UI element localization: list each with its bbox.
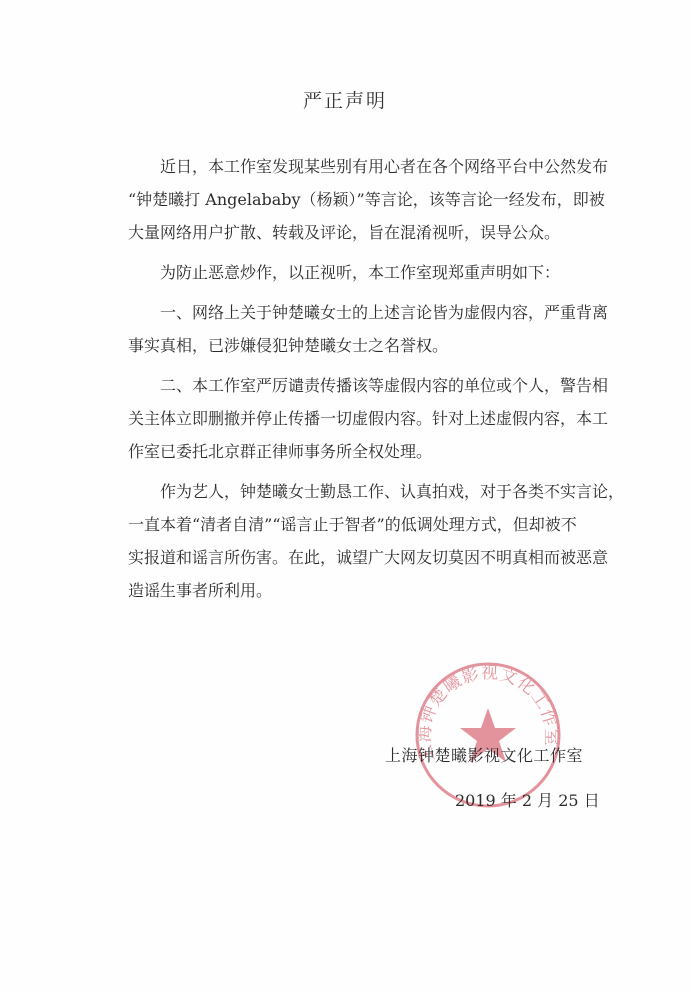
paragraph-point-two: 二、本工作室严厉谴责传播该等虚假内容的单位或个人，警告相 关主体立即删撤并停止传… <box>96 369 604 468</box>
document-title: 严正声明 <box>0 86 690 113</box>
paragraph-line: 二、本工作室严厉谴责传播该等虚假内容的单位或个人，警告相 <box>96 369 604 402</box>
paragraph-declaration-lead: 为防止恶意炒作，以正视听，本工作室现郑重声明如下： <box>96 256 604 289</box>
paragraph-line: 造谣生事者所利用。 <box>96 574 604 607</box>
signature-organization: 上海钟楚曦影视文化工作室 <box>385 743 583 766</box>
statement-date: 2019 年 2 月 25 日 <box>455 788 600 811</box>
statement-page: 严正声明 近日，本工作室发现某些别有用心者在各个网络平台中公然发布 “钟楚曦打 … <box>0 0 690 992</box>
paragraph-line: 作为艺人，钟楚曦女士勤恳工作、认真拍戏，对于各类不实言论， <box>96 475 604 508</box>
paragraph-line: 一、网络上关于钟楚曦女士的上述言论皆为虚假内容，严重背离 <box>96 296 604 329</box>
paragraph-closing: 作为艺人，钟楚曦女士勤恳工作、认真拍戏，对于各类不实言论， 一直本着“清者自清”… <box>96 475 604 607</box>
paragraph-line: 近日，本工作室发现某些别有用心者在各个网络平台中公然发布 <box>96 150 604 183</box>
paragraph-line: 一直本着“清者自清”“谣言止于智者”的低调处理方式，但却被不 <box>96 508 604 541</box>
paragraph-line: 大量网络用户扩散、转载及评论，旨在混淆视听，误导公众。 <box>96 216 604 249</box>
paragraph-line: 关主体立即删撤并停止传播一切虚假内容。针对上述虚假内容，本工 <box>96 402 604 435</box>
paragraph-intro: 近日，本工作室发现某些别有用心者在各个网络平台中公然发布 “钟楚曦打 Angel… <box>96 150 604 249</box>
paragraph-line: 实报道和谣言所伤害。在此，诚望广大网友切莫因不明真相而被恶意 <box>96 541 604 574</box>
statement-body: 近日，本工作室发现某些别有用心者在各个网络平台中公然发布 “钟楚曦打 Angel… <box>96 150 604 614</box>
paragraph-line: “钟楚曦打 Angelababy（杨颖）”等言论，该等言论一经发布，即被 <box>96 183 604 216</box>
paragraph-line: 事实真相，已涉嫌侵犯钟楚曦女士之名誉权。 <box>96 329 604 362</box>
paragraph-point-one: 一、网络上关于钟楚曦女士的上述言论皆为虚假内容，严重背离 事实真相，已涉嫌侵犯钟… <box>96 296 604 362</box>
paragraph-line: 为防止恶意炒作，以正视听，本工作室现郑重声明如下： <box>96 256 604 289</box>
paragraph-line: 作室已委托北京群正律师事务所全权处理。 <box>96 435 604 468</box>
